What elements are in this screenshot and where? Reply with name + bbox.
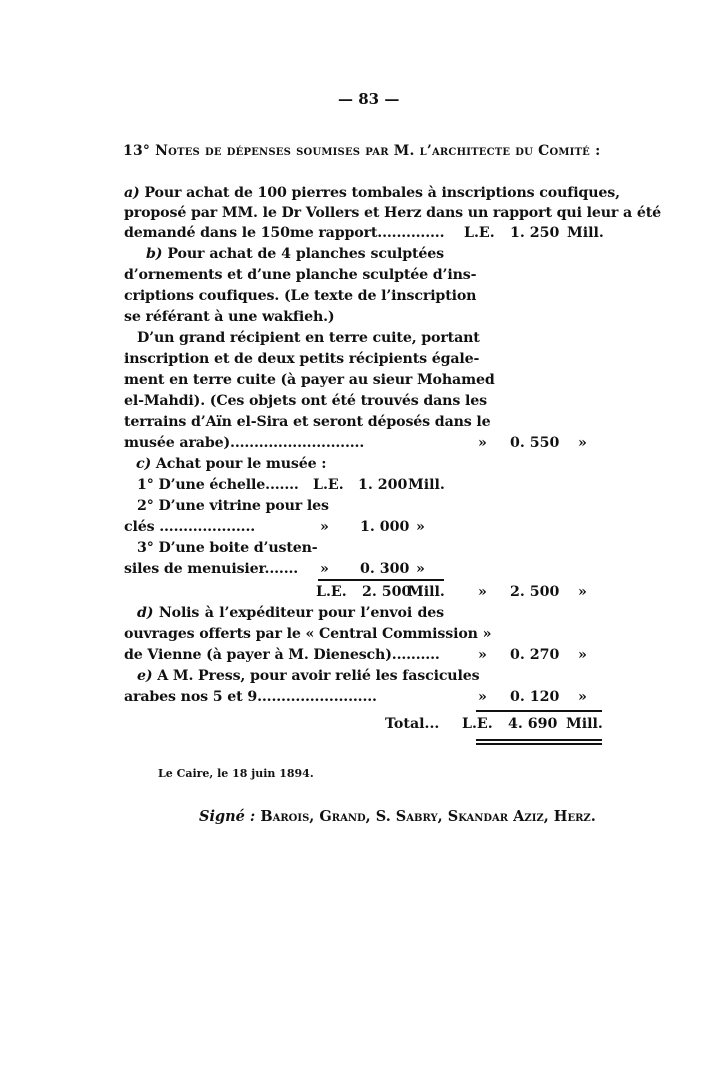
item-e-marker: e)	[137, 668, 152, 684]
item-a-marker: a)	[124, 185, 140, 201]
item-c-unit: »	[578, 584, 587, 600]
item-c-sub-2-unit: »	[416, 519, 425, 535]
item-c-sub-3-line-2: siles de menuisier.......	[124, 561, 298, 577]
item-e-line-1: e) A M. Press, pour avoir relié les fasc…	[137, 668, 444, 684]
item-b-line-8: el-Mahdi). (Ces objets ont été trouvés d…	[124, 393, 444, 409]
item-c-subtotal-amount: 2. 500	[362, 584, 411, 600]
item-b-line-7: ment en terre cuite (à payer au sieur Mo…	[124, 372, 444, 388]
item-c-subtotal-currency: L.E.	[316, 584, 347, 600]
item-b-line-4: se référant à une wakfieh.)	[124, 309, 334, 325]
item-b-line-2: d’ornements et d’une planche sculptée d’…	[124, 267, 444, 283]
item-a-line-2: proposé par MM. le Dr Vollers et Herz da…	[124, 205, 608, 221]
signature-label: Signé :	[199, 808, 255, 825]
item-a-line-1: a) Pour achat de 100 pierres tombales à …	[124, 185, 608, 201]
item-b-marker: b)	[146, 246, 162, 262]
total-double-rule-1	[476, 739, 602, 741]
item-e-unit: »	[578, 689, 587, 705]
section-title: Notes de dépenses soumises par M. l’arch…	[155, 143, 600, 159]
total-label: Total...	[385, 716, 439, 732]
item-b-currency: »	[478, 435, 487, 451]
item-b-line-10: musée arabe)............................	[124, 435, 364, 451]
item-a-unit: Mill.	[567, 225, 604, 241]
item-a-line-3: demandé dans le 150me rapport...........…	[124, 225, 444, 241]
item-b-line-3: criptions coufiques. (Le texte de l’insc…	[124, 288, 444, 304]
item-c-marker: c)	[136, 456, 151, 472]
total-rule-top	[476, 710, 602, 712]
item-b-line-1: b) Pour achat de 4 planches sculptées	[146, 246, 444, 262]
subtotal-rule	[318, 579, 444, 581]
item-c-sub-2-amount: 1. 000	[360, 519, 409, 535]
total-currency: L.E.	[462, 716, 493, 732]
item-c-currency: »	[478, 584, 487, 600]
item-d-line-2: ouvrages offerts par le « Central Commis…	[124, 626, 444, 642]
item-b-amount: 0. 550	[510, 435, 559, 451]
item-e-line-2: arabes nos 5 et 9.......................…	[124, 689, 377, 705]
item-c-subtotal-unit: Mill.	[408, 584, 445, 600]
item-b-unit: »	[578, 435, 587, 451]
item-c-sub-3-amount: 0. 300	[360, 561, 409, 577]
section-heading: 13° Notes de dépenses soumises par M. l’…	[123, 143, 600, 159]
date-line: Le Caire, le 18 juin 1894.	[158, 767, 314, 780]
item-a-amount: 1. 250	[510, 225, 559, 241]
item-c-title: c) Achat pour le musée :	[136, 456, 326, 472]
section-number: 13°	[123, 143, 150, 159]
item-b-line-5: D’un grand récipient en terre cuite, por…	[137, 330, 444, 346]
item-b-line-9: terrains d’Aïn el-Sira et seront déposés…	[124, 414, 444, 430]
item-b-line-6: inscription et de deux petits récipients…	[124, 351, 444, 367]
signature-names: Barois, Grand, S. Sabry, Skandar Aziz, H…	[260, 808, 595, 825]
item-c-sub-2-line-1: 2° D’une vitrine pour les	[137, 498, 329, 514]
item-c-sub-3-currency: »	[320, 561, 329, 577]
item-c-sub-3-line-1: 3° D’une boite d’usten-	[137, 540, 318, 556]
item-c-sub-3-unit: »	[416, 561, 425, 577]
item-d-marker: d)	[137, 605, 153, 621]
total-double-rule-2	[476, 743, 602, 745]
item-d-line-1: d) Nolis à l’expéditeur pour l’envoi des	[137, 605, 444, 621]
item-c-amount: 2. 500	[510, 584, 559, 600]
item-d-currency: »	[478, 647, 487, 663]
total-amount: 4. 690	[508, 716, 557, 732]
item-c-sub-2-line-2: clés ....................	[124, 519, 255, 535]
item-e-amount: 0. 120	[510, 689, 559, 705]
item-c-sub-2-currency: »	[320, 519, 329, 535]
item-e-currency: »	[478, 689, 487, 705]
page-number: — 83 —	[338, 90, 399, 108]
item-c-sub-1-unit: Mill.	[408, 477, 445, 493]
item-c-sub-1-currency: L.E.	[313, 477, 344, 493]
item-c-sub-1-amount: 1. 200	[358, 477, 407, 493]
item-d-amount: 0. 270	[510, 647, 559, 663]
signature-line: Signé : Barois, Grand, S. Sabry, Skandar…	[199, 808, 596, 825]
item-c-sub-1: 1° D’une échelle.......	[137, 477, 299, 493]
item-a-currency: L.E.	[464, 225, 495, 241]
item-d-unit: »	[578, 647, 587, 663]
total-unit: Mill.	[566, 716, 603, 732]
item-d-line-3: de Vienne (à payer à M. Dienesch).......…	[124, 647, 440, 663]
